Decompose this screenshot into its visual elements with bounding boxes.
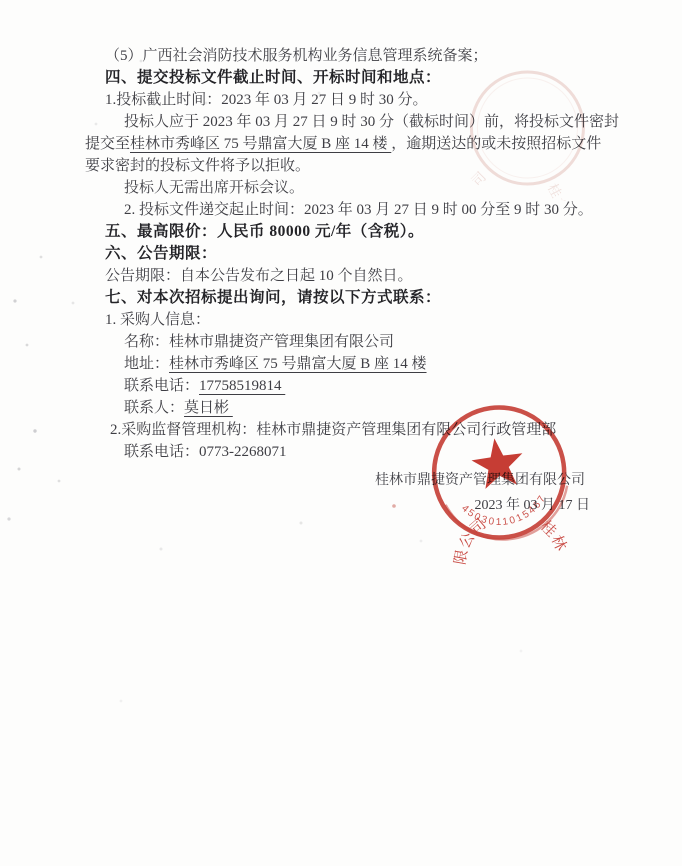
- line-item-5-filing: （5）广西社会消防技术服务机构业务信息管理系统备案；: [0, 45, 682, 67]
- line-no-attendance: 投标人无需出席开标会议。: [0, 177, 682, 199]
- heading-section-5-price-limit: 五、最高限价：人民币 80000 元/年（含税）。: [0, 221, 682, 243]
- line-purchaser-address: 地址：桂林市秀峰区 75 号鼎富大厦 B 座 14 楼: [0, 353, 682, 375]
- scanned-document-page: （5）广西社会消防技术服务机构业务信息管理系统备案； 四、提交投标文件截止时间、…: [0, 0, 682, 866]
- line-announcement-period: 公告期限：自本公告发布之日起 10 个自然日。: [0, 265, 682, 287]
- scan-noise: [0, 0, 2, 2]
- line-bid-deadline: 1.投标截止时间：2023 年 03 月 27 日 9 时 30 分。: [0, 89, 682, 111]
- line-supervisory-phone: 联系电话：0773-2268071: [0, 441, 682, 463]
- line-purchaser-info: 1. 采购人信息：: [0, 309, 682, 331]
- line-submission-window: 2. 投标文件递交起止时间：2023 年 03 月 27 日 9 时 00 分至…: [0, 199, 682, 221]
- line-purchaser-phone: 联系电话：17758519814: [0, 375, 682, 397]
- line-purchaser-name: 名称：桂林市鼎捷资产管理集团有限公司: [0, 331, 682, 353]
- line-submission-para-1: 投标人应于 2023 年 03 月 27 日 9 时 30 分（截标时间）前，将…: [0, 111, 682, 133]
- line-supervisory-org: 2.采购监督管理机构：桂林市鼎捷资产管理集团有限公司行政管理部: [0, 419, 682, 441]
- document-body: （5）广西社会消防技术服务机构业务信息管理系统备案； 四、提交投标文件截止时间、…: [0, 45, 682, 517]
- line-submission-address: 提交至桂林市秀峰区 75 号鼎富大厦 B 座 14 楼 ，逾期送达的或未按照招标…: [0, 133, 682, 155]
- heading-section-7-contact: 七、对本次招标提出询问，请按以下方式联系：: [0, 287, 682, 309]
- signature-company: 桂林市鼎捷资产管理集团有限公司: [0, 470, 682, 492]
- signature-date: 2023 年 03 月 17 日: [0, 495, 682, 517]
- signature-block: 桂林市鼎捷资产管理集团有限公司 2023 年 03 月 17 日: [0, 470, 682, 517]
- line-rejection-clause: 要求密封的投标文件将予以拒收。: [0, 155, 682, 177]
- heading-section-6-announcement: 六、公告期限：: [0, 243, 682, 265]
- line-contact-person: 联系人：莫日彬: [0, 397, 682, 419]
- heading-section-4-submission: 四、提交投标文件截止时间、开标时间和地点：: [0, 67, 682, 89]
